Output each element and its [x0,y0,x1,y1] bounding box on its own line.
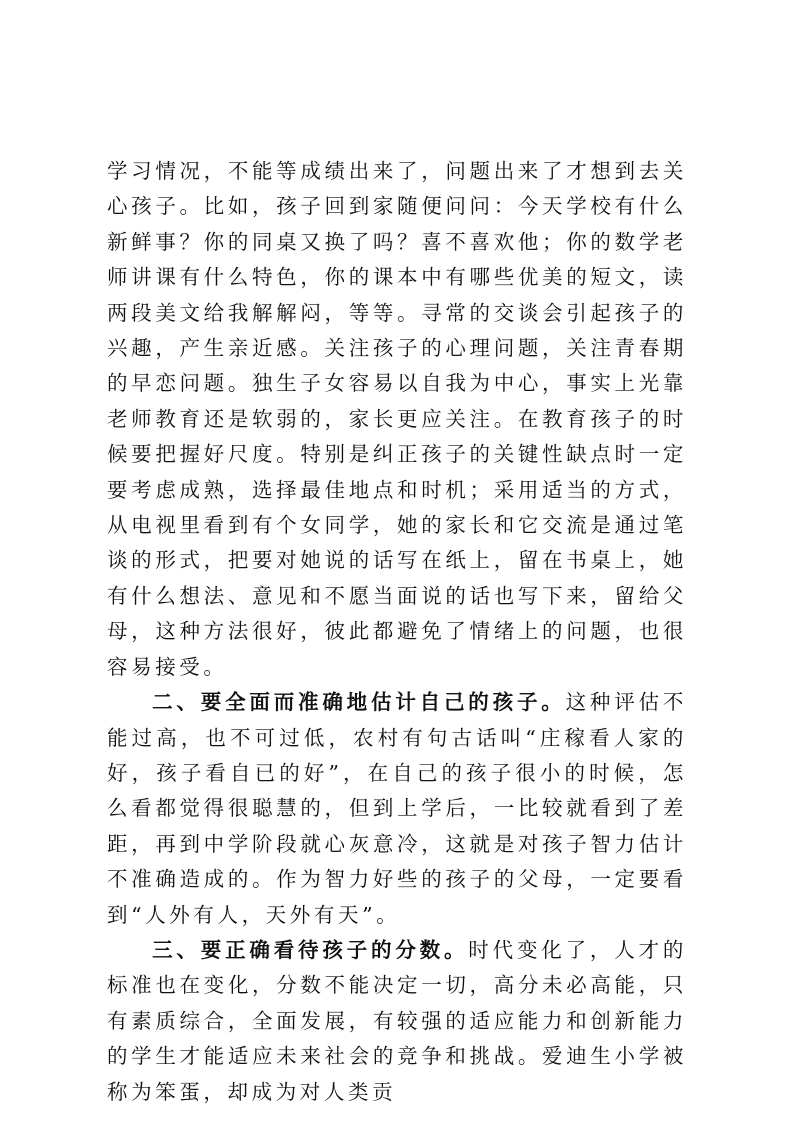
paragraph-section-two: 二、要全面而准确地估计自己的孩子。这种评估不能过高，也不可过低，农村有句古话叫“… [107,685,687,933]
paragraph-section-three: 三、要正确看待孩子的分数。时代变化了，人才的标准也在变化，分数不能决定一切，高分… [107,933,687,1110]
paragraph-text: 这种评估不能过高，也不可过低，农村有句古话叫“庄稼看人家的好，孩子看自已的好”，… [107,690,687,926]
paragraph-continuation: 学习情况，不能等成绩出来了，问题出来了才想到去关心孩子。比如，孩子回到家随便问问… [107,154,687,685]
document-page: 学习情况，不能等成绩出来了，问题出来了才想到去关心孩子。比如，孩子回到家随便问问… [107,154,687,1110]
section-heading-three: 三、要正确看待孩子的分数。 [152,938,468,962]
paragraph-text: 时代变化了，人才的标准也在变化，分数不能决定一切，高分未必高能，只有素质综合，全… [107,938,687,1104]
paragraph-text: 学习情况，不能等成绩出来了，问题出来了才想到去关心孩子。比如，孩子回到家随便问问… [107,159,687,679]
section-heading-two: 二、要全面而准确地估计自己的孩子。 [152,690,566,714]
